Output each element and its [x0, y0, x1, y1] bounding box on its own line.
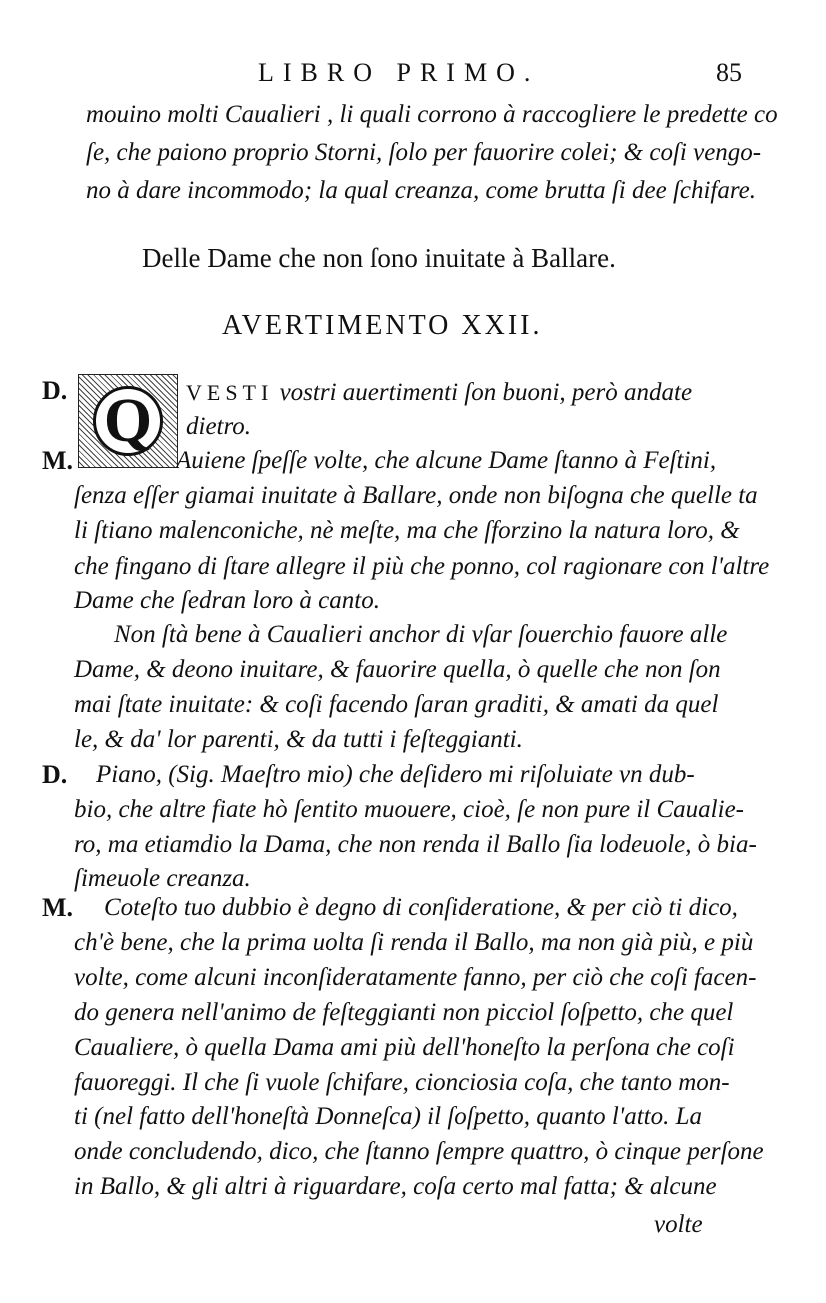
opening-caps: VESTI: [186, 380, 273, 405]
text-line: ſe, che paiono proprio Storni, ſolo per …: [86, 138, 761, 168]
text-line: che fingano di ſtare allegre il più che …: [74, 552, 769, 582]
text-line: onde concludendo, dico, che ſtanno ſempr…: [74, 1137, 764, 1167]
text-line: Dame che ſedran loro à canto.: [74, 586, 380, 616]
text-line: Non ſtà bene à Caualieri anchor di vſar …: [114, 620, 727, 650]
dropcap-letter: Q: [93, 386, 163, 456]
chapter-heading: AVERTIMENTO XXII.: [222, 310, 543, 342]
text-line: do genera nell'animo de feſteggianti non…: [74, 998, 733, 1028]
catchword: volte: [654, 1210, 703, 1240]
speaker-label: D.: [42, 760, 67, 790]
speaker-label: M.: [42, 446, 73, 476]
text-line: fauoreggi. Il che ſi vuole ſchifare, cio…: [74, 1068, 730, 1098]
text-line: dietro.: [186, 412, 251, 442]
text-line: ro, ma etiamdio la Dama, che non renda i…: [74, 830, 757, 860]
text-line: ſimeuole creanza.: [74, 864, 251, 894]
text-line: Piano, (Sig. Maeſtro mio) che deſidero m…: [96, 760, 695, 790]
page-number: 85: [716, 58, 742, 88]
text-line: ſenza eſſer giamai inuitate à Ballare, o…: [74, 481, 758, 511]
text-line: bio, che altre fiate hò ſentito muouere,…: [74, 795, 744, 825]
text-line: Caualiere, ò quella Dama ami più dell'ho…: [74, 1033, 735, 1063]
text-line: Dame, & deono inuitare, & fauorire quell…: [74, 655, 721, 685]
text-line: li ſtiano malenconiche, nè meſte, ma che…: [74, 516, 740, 546]
text-line-rest: vostri auertimenti ſon buoni, però andat…: [280, 379, 692, 406]
text-line: mouino molti Caualieri , li quali corron…: [86, 100, 778, 130]
text-line: Auiene ſpeſſe volte, che alcune Dame ſta…: [176, 446, 716, 476]
text-line: Coteſto tuo dubbio è degno di conſiderat…: [104, 893, 738, 923]
running-head: LIBRO PRIMO.: [258, 58, 539, 88]
speaker-label: D.: [42, 376, 67, 406]
decorated-initial: Q: [78, 374, 178, 468]
text-line: volte, come alcuni inconſideratamente fa…: [74, 963, 756, 993]
text-line: le, & da' lor parenti, & da tutti i feſt…: [74, 725, 523, 755]
section-title: Delle Dame che non ſono inuitate à Balla…: [142, 243, 616, 274]
speaker-label: M.: [42, 893, 73, 923]
text-line: VESTI vostri auertimenti ſon buoni, però…: [186, 378, 692, 408]
text-line: mai ſtate inuitate: & coſi facendo ſaran…: [74, 690, 718, 720]
text-line: ti (nel fatto dell'honeſtà Donneſca) il …: [74, 1102, 702, 1132]
text-line: in Ballo, & gli altri à riguardare, coſa…: [74, 1172, 717, 1202]
text-line: no à dare incommodo; la qual creanza, co…: [86, 176, 756, 206]
text-line: ch'è bene, che la prima uolta ſi renda i…: [74, 928, 753, 958]
book-page: LIBRO PRIMO. 85 mouino molti Caualieri ,…: [0, 0, 826, 1303]
